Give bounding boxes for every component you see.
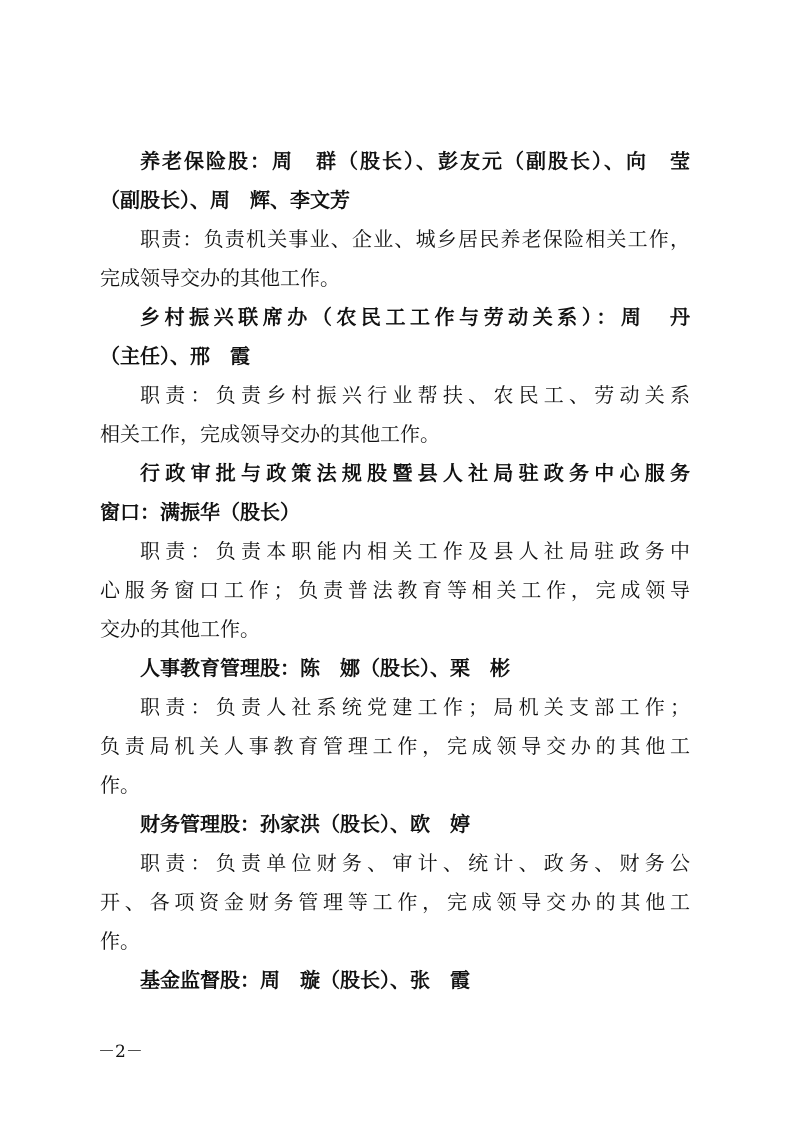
section-heading-pension-insurance-cont: （副股长）、周 辉、李文芳: [100, 185, 690, 215]
duty-text-personnel-education-cont: 负责局机关人事教育管理工作，完成领导交办的其他工: [100, 731, 690, 761]
duty-text-rural-revitalization: 职责：负责乡村振兴行业帮扶、农民工、劳动关系: [140, 380, 690, 410]
section-heading-admin-approval-cont: 窗口：满振华（股长）: [100, 497, 690, 527]
page-number: －2－: [98, 1040, 143, 1064]
duty-text-personnel-education-end: 作。: [100, 770, 690, 800]
section-heading-admin-approval: 行政审批与政策法规股暨县人社局驻政务中心服务: [140, 458, 690, 488]
section-heading-fund-supervision: 基金监督股：周 璇（股长）、张 霞: [140, 965, 690, 995]
duty-text-admin-approval: 职责：负责本职能内相关工作及县人社局驻政务中: [140, 536, 690, 566]
duty-text-personnel-education: 职责：负责人社系统党建工作；局机关支部工作；: [140, 692, 690, 722]
duty-text-finance-cont: 开、各项资金财务管理等工作，完成领导交办的其他工: [100, 887, 690, 917]
duty-text-pension-insurance-cont: 完成领导交办的其他工作。: [100, 263, 690, 293]
duty-text-rural-revitalization-cont: 相关工作，完成领导交办的其他工作。: [100, 419, 690, 449]
duty-text-pension-insurance: 职责：负责机关事业、企业、城乡居民养老保险相关工作，: [140, 224, 690, 254]
section-heading-finance: 财务管理股：孙家洪（股长）、欧 婷: [140, 809, 690, 839]
section-heading-rural-revitalization: 乡村振兴联席办（农民工工作与劳动关系）：周 丹: [140, 302, 690, 332]
section-heading-pension-insurance: 养老保险股：周 群（股长）、彭友元（副股长）、向 莹: [140, 146, 690, 176]
duty-text-finance-end: 作。: [100, 926, 690, 956]
section-heading-personnel-education: 人事教育管理股：陈 娜（股长）、栗 彬: [140, 653, 690, 683]
duty-text-admin-approval-cont: 心服务窗口工作；负责普法教育等相关工作，完成领导: [100, 575, 690, 605]
section-heading-rural-revitalization-cont: （主任）、邢 霞: [100, 341, 690, 371]
duty-text-finance: 职责：负责单位财务、审计、统计、政务、财务公: [140, 848, 690, 878]
duty-text-admin-approval-end: 交办的其他工作。: [100, 614, 690, 644]
